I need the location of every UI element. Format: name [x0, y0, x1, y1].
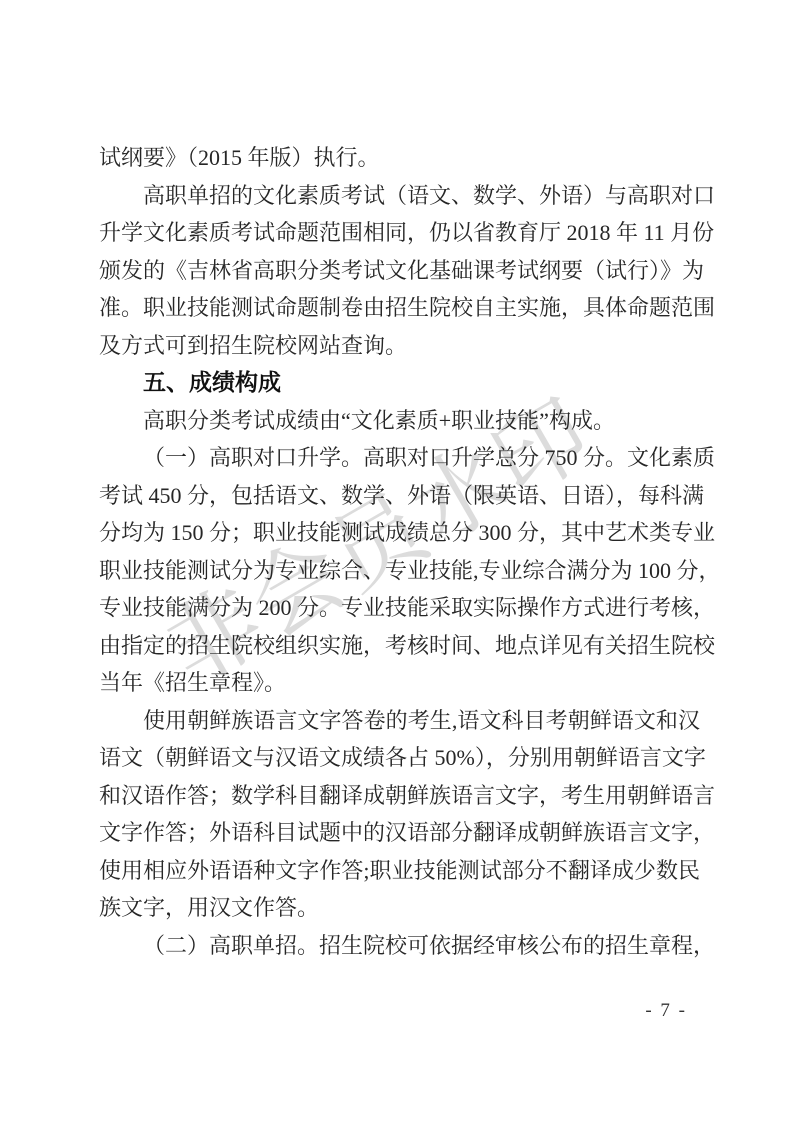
section-heading: 五、成绩构成	[99, 364, 700, 402]
text-line: 准。职业技能测试命题制卷由招生院校自主实施，具体命题范围	[99, 289, 700, 327]
text-line: 语文（朝鲜语文与汉语文成绩各占 50%），分别用朝鲜语言文字	[99, 739, 700, 777]
text-line: 颁发的《吉林省高职分类考试文化基础课考试纲要（试行）》为	[99, 252, 700, 290]
text-line: 升学文化素质考试命题范围相同，仍以省教育厅 2018 年 11 月份	[99, 214, 700, 252]
text-line: 高职分类考试成绩由“文化素质+职业技能”构成。	[99, 402, 700, 440]
page-number: - 7 -	[645, 1000, 687, 1022]
document-page: 非会员水印 试纲要》（2015 年版）执行。高职单招的文化素质考试（语文、数学、…	[0, 0, 793, 1122]
text-line: 和汉语作答；数学科目翻译成朝鲜族语言文字，考生用朝鲜语言	[99, 777, 700, 815]
text-line: 及方式可到招生院校网站查询。	[99, 327, 700, 365]
text-line: （二）高职单招。招生院校可依据经审核公布的招生章程，	[99, 927, 700, 965]
text-line: 职业技能测试分为专业综合、专业技能,专业综合满分为 100 分，	[99, 552, 700, 590]
text-line: 当年《招生章程》。	[99, 664, 700, 702]
text-line: 高职单招的文化素质考试（语文、数学、外语）与高职对口	[99, 177, 700, 215]
text-line: 试纲要》（2015 年版）执行。	[99, 139, 700, 177]
text-line: 考试 450 分，包括语文、数学、外语（限英语、日语），每科满	[99, 477, 700, 515]
text-line: 使用相应外语语种文字作答;职业技能测试部分不翻译成少数民	[99, 852, 700, 890]
text-line: 由指定的招生院校组织实施，考核时间、地点详见有关招生院校	[99, 627, 700, 665]
text-line: （一）高职对口升学。高职对口升学总分 750 分。文化素质	[99, 439, 700, 477]
text-line: 文字作答；外语科目试题中的汉语部分翻译成朝鲜族语言文字，	[99, 814, 700, 852]
text-line: 分均为 150 分；职业技能测试成绩总分 300 分，其中艺术类专业	[99, 514, 700, 552]
document-body: 试纲要》（2015 年版）执行。高职单招的文化素质考试（语文、数学、外语）与高职…	[99, 139, 700, 964]
text-line: 专业技能满分为 200 分。专业技能采取实际操作方式进行考核，	[99, 589, 700, 627]
text-line: 族文字，用汉文作答。	[99, 889, 700, 927]
text-line: 使用朝鲜族语言文字答卷的考生,语文科目考朝鲜语文和汉	[99, 702, 700, 740]
